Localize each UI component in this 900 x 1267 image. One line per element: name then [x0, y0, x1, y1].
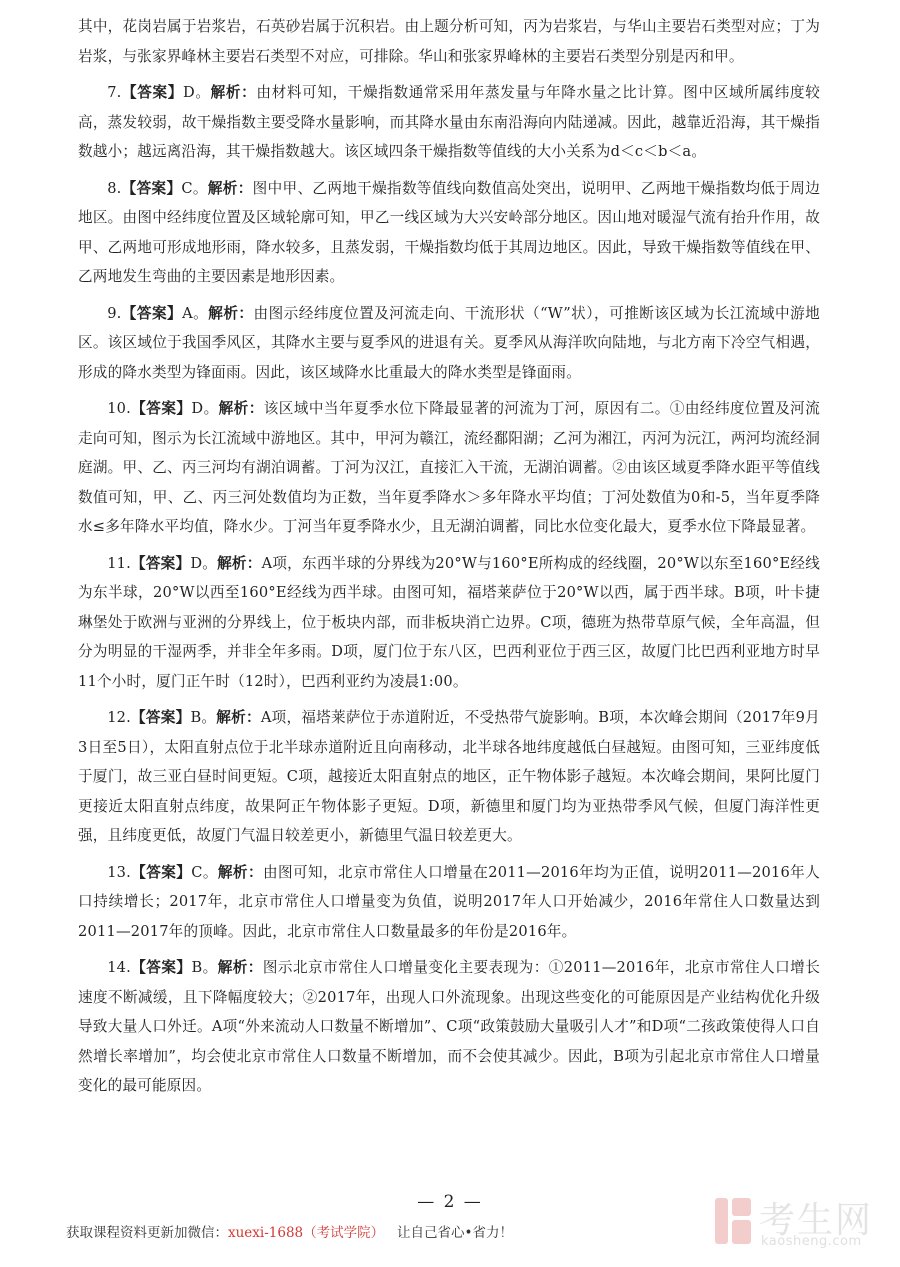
answer-item-7: 7.【答案】D。解析：由材料可知，干燥指数通常采用年蒸发量与年降水量之比计算。图… — [78, 78, 820, 167]
analysis-label: 解析： — [211, 84, 257, 101]
kaosheng-logo-icon — [715, 1198, 751, 1244]
answer-tag: 【答案】 — [122, 180, 182, 197]
analysis-label: 解析： — [216, 709, 261, 726]
analysis-label: 解析： — [218, 959, 263, 976]
item-number: 7. — [107, 84, 121, 101]
answer-tag: 【答案】 — [131, 555, 190, 572]
analysis-label: 解析： — [218, 864, 263, 881]
document-page: 其中，花岗岩属于岩浆岩，石英砂岩属于沉积岩。由上题分析可知，丙为岩浆岩，与华山主… — [0, 0, 900, 1267]
footer-prefix: 获取课程资料更新加微信： — [66, 1225, 228, 1241]
footer-promo: 获取课程资料更新加微信：xuexi-1688（考试学院） 让自己省心•省力！ — [66, 1221, 513, 1241]
answer-item-8: 8.【答案】C。解析：图中甲、乙两地干燥指数等值线向数值高处突出，说明甲、乙两地… — [78, 174, 820, 292]
answer-tag: 【答案】 — [131, 400, 191, 417]
analysis-label: 解析： — [219, 400, 264, 417]
watermark-logo: 考生网 kaosheng.com — [715, 1196, 895, 1254]
footer-wechat-id: xuexi-1688（考试学院） — [228, 1225, 384, 1241]
watermark-text-en: kaosheng.com — [761, 1234, 862, 1249]
analysis-label: 解析： — [208, 305, 253, 322]
analysis-label: 解析： — [217, 555, 261, 572]
answer-item-12: 12.【答案】B。解析：A项，福塔莱萨位于赤道附近，不受热带气旋影响。B项，本次… — [78, 703, 820, 851]
item-number: 11. — [107, 555, 131, 572]
item-number: 12. — [107, 709, 131, 726]
analysis-text: 该区域中当年夏季水位下降最显著的河流为丁河，原因有二。①由经纬度位置及河流走向可… — [78, 400, 820, 535]
answer-item-9: 9.【答案】A。解析：由图示经纬度位置及河流走向、干流形状（“W”状），可推断该… — [78, 299, 820, 388]
analysis-text: 图示北京市常住人口增量变化主要表现为：①2011—2016年，北京市常住人口增长… — [78, 959, 820, 1094]
answer-item-14: 14.【答案】B。解析：图示北京市常住人口增量变化主要表现为：①2011—201… — [78, 953, 820, 1101]
answer-tag: 【答案】 — [122, 84, 183, 101]
item-number: 13. — [107, 864, 131, 881]
analysis-label: 解析： — [208, 180, 253, 197]
answer-letter: C。 — [181, 180, 207, 197]
answer-item-10: 10.【答案】D。解析：该区域中当年夏季水位下降最显著的河流为丁河，原因有二。①… — [78, 394, 820, 542]
answer-letter: D。 — [190, 555, 217, 572]
footer-slogan: 让自己省心•省力！ — [397, 1225, 513, 1241]
analysis-text: A项，东西半球的分界线为20°W与160°E所构成的经线圈，20°W以东至160… — [78, 555, 820, 690]
item-number: 14. — [107, 959, 131, 976]
answer-letter: B。 — [190, 709, 216, 726]
answer-letter: A。 — [182, 305, 208, 322]
analysis-text: A项，福塔莱萨位于赤道附近，不受热带气旋影响。B项，本次峰会期间（2017年9月… — [78, 709, 820, 844]
continuation-paragraph: 其中，花岗岩属于岩浆岩，石英砂岩属于沉积岩。由上题分析可知，丙为岩浆岩，与华山主… — [78, 12, 820, 71]
answer-letter: D。 — [191, 400, 218, 417]
answer-letter: B。 — [191, 959, 217, 976]
item-number: 10. — [107, 400, 131, 417]
answer-item-13: 13.【答案】C。解析：由图可知，北京市常住人口增量在2011—2016年均为正… — [78, 858, 820, 947]
answer-tag: 【答案】 — [122, 305, 183, 322]
answer-tag: 【答案】 — [131, 709, 190, 726]
item-number: 8. — [107, 180, 121, 197]
item-number: 9. — [107, 305, 121, 322]
answer-tag: 【答案】 — [131, 959, 191, 976]
answer-letter: D。 — [183, 84, 211, 101]
answer-tag: 【答案】 — [131, 864, 191, 881]
answer-item-11: 11.【答案】D。解析：A项，东西半球的分界线为20°W与160°E所构成的经线… — [78, 549, 820, 697]
answer-letter: C。 — [191, 864, 218, 881]
answer-content: 其中，花岗岩属于岩浆岩，石英砂岩属于沉积岩。由上题分析可知，丙为岩浆岩，与华山主… — [78, 12, 820, 1108]
